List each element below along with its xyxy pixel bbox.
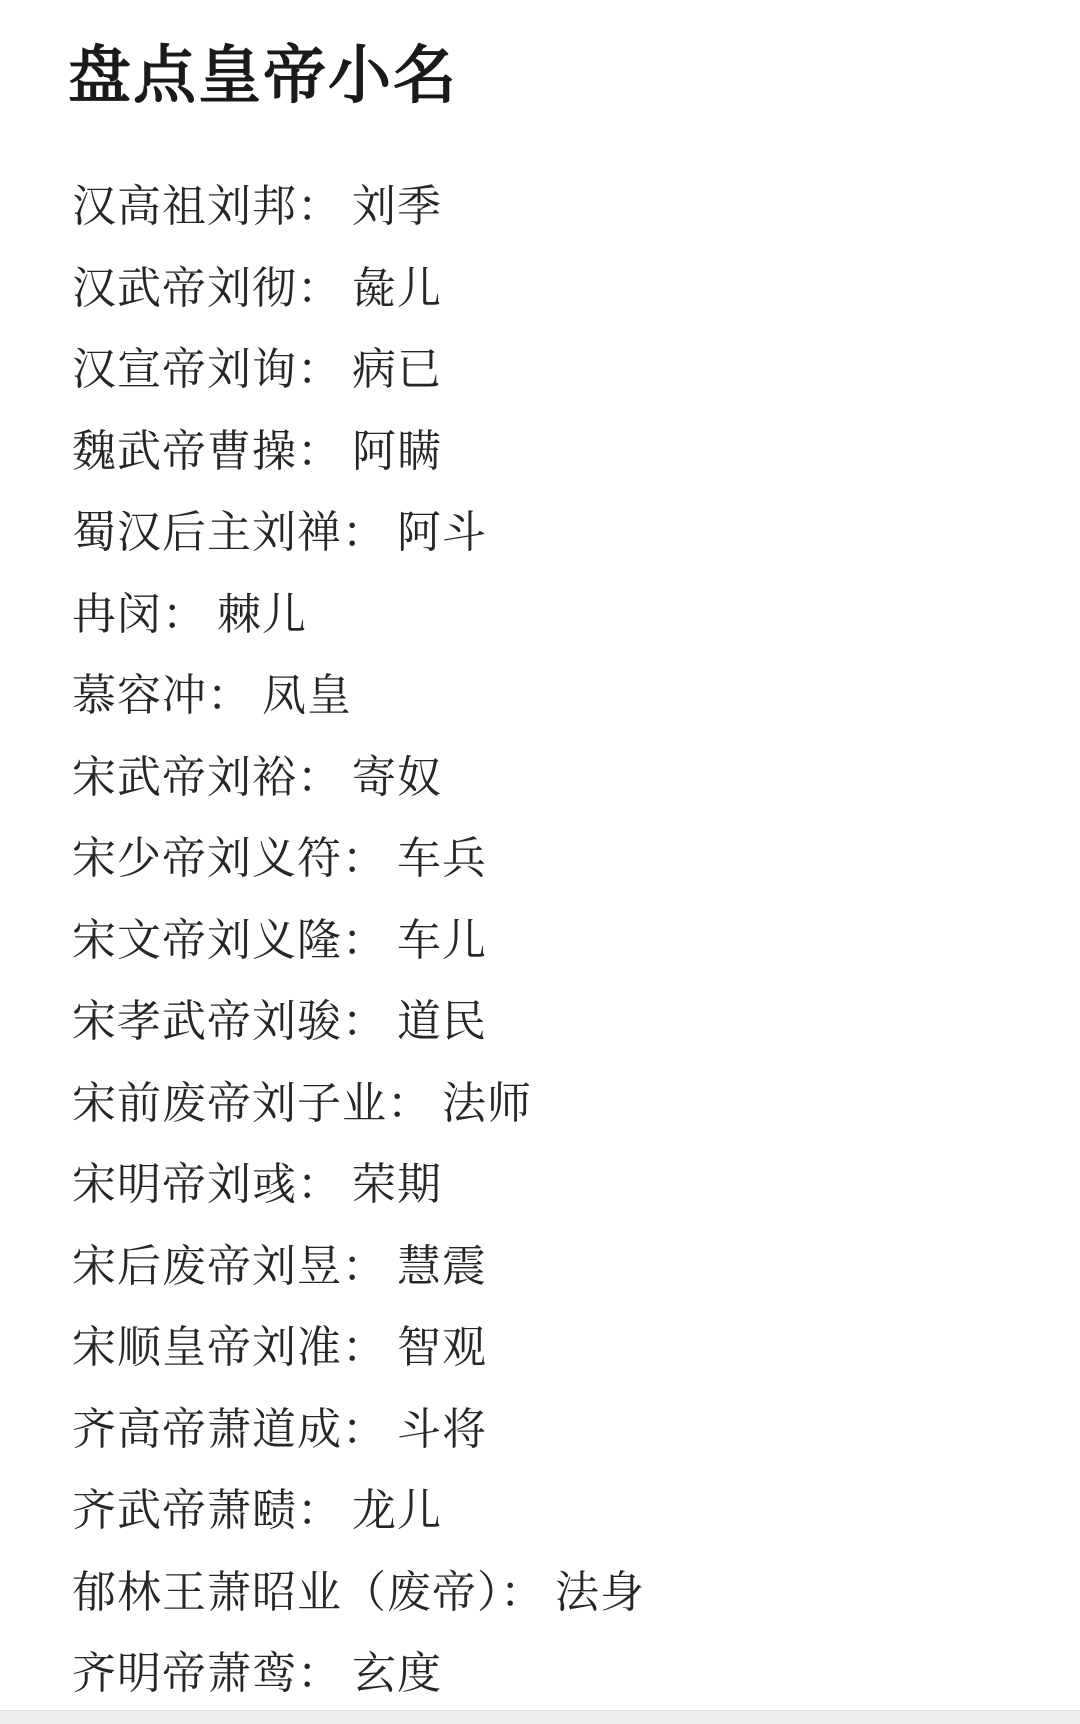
colon-separator: ： — [297, 427, 342, 476]
colon-separator: ： — [297, 182, 342, 231]
colon-separator: ： — [500, 1568, 545, 1617]
nickname: 龙儿 — [352, 1486, 442, 1535]
colon-separator: ： — [387, 1079, 432, 1128]
list-item: 宋少帝刘义符：车兵 — [72, 818, 1040, 900]
colon-separator: ： — [297, 753, 342, 802]
emperor-name: 郁林王萧昭业（废帝） — [72, 1568, 500, 1617]
emperor-name: 宋文帝刘义隆 — [72, 916, 342, 965]
article: 盘点皇帝小名 汉高祖刘邦：刘季汉武帝刘彻：彘儿汉宣帝刘询：病已魏武帝曹操：阿瞒蜀… — [0, 0, 1080, 1715]
list-item: 宋前废帝刘子业：法师 — [72, 1063, 1040, 1145]
list-item: 宋明帝刘彧：荣期 — [72, 1144, 1040, 1226]
emperor-name: 齐高帝萧道成 — [72, 1405, 342, 1454]
nickname: 车兵 — [397, 834, 487, 883]
page-title: 盘点皇帝小名 — [68, 38, 1040, 114]
nickname: 车儿 — [397, 916, 487, 965]
nickname: 智观 — [397, 1323, 487, 1372]
nickname: 法身 — [555, 1568, 645, 1617]
colon-separator: ： — [207, 671, 252, 720]
emperor-name: 齐明帝萧鸾 — [72, 1649, 297, 1698]
emperor-name: 宋武帝刘裕 — [72, 753, 297, 802]
list-item: 魏武帝曹操：阿瞒 — [72, 411, 1040, 493]
colon-separator: ： — [162, 590, 207, 639]
list-item: 冉闵：棘儿 — [72, 574, 1040, 656]
emperor-name: 宋前废帝刘子业 — [72, 1079, 387, 1128]
emperor-name: 宋后废帝刘昱 — [72, 1242, 342, 1291]
list-item: 郁林王萧昭业（废帝）：法身 — [72, 1552, 1040, 1634]
colon-separator: ： — [342, 508, 387, 557]
list-item: 汉武帝刘彻：彘儿 — [72, 248, 1040, 330]
colon-separator: ： — [342, 834, 387, 883]
nickname: 棘儿 — [217, 590, 307, 639]
emperor-name: 宋明帝刘彧 — [72, 1160, 297, 1209]
list-item: 慕容冲：凤皇 — [72, 655, 1040, 737]
emperor-list: 汉高祖刘邦：刘季汉武帝刘彻：彘儿汉宣帝刘询：病已魏武帝曹操：阿瞒蜀汉后主刘禅：阿… — [72, 166, 1040, 1715]
emperor-name: 汉宣帝刘询 — [72, 345, 297, 394]
colon-separator: ： — [342, 997, 387, 1046]
bottom-divider — [0, 1710, 1080, 1724]
nickname: 斗将 — [397, 1405, 487, 1454]
list-item: 蜀汉后主刘禅：阿斗 — [72, 492, 1040, 574]
emperor-name: 宋顺皇帝刘准 — [72, 1323, 342, 1372]
list-item: 齐明帝萧鸾：玄度 — [72, 1633, 1040, 1715]
emperor-name: 齐武帝萧赜 — [72, 1486, 297, 1535]
colon-separator: ： — [342, 1323, 387, 1372]
nickname: 阿斗 — [397, 508, 487, 557]
colon-separator: ： — [297, 1649, 342, 1698]
emperor-name: 宋少帝刘义符 — [72, 834, 342, 883]
colon-separator: ： — [297, 1486, 342, 1535]
nickname: 阿瞒 — [352, 427, 442, 476]
list-item: 宋顺皇帝刘准：智观 — [72, 1307, 1040, 1389]
nickname: 慧震 — [397, 1242, 487, 1291]
colon-separator: ： — [342, 916, 387, 965]
emperor-name: 慕容冲 — [72, 671, 207, 720]
emperor-name: 蜀汉后主刘禅 — [72, 508, 342, 557]
emperor-name: 魏武帝曹操 — [72, 427, 297, 476]
colon-separator: ： — [297, 1160, 342, 1209]
list-item: 宋武帝刘裕：寄奴 — [72, 737, 1040, 819]
list-item: 汉高祖刘邦：刘季 — [72, 166, 1040, 248]
colon-separator: ： — [297, 264, 342, 313]
list-item: 宋文帝刘义隆：车儿 — [72, 900, 1040, 982]
list-item: 齐武帝萧赜：龙儿 — [72, 1470, 1040, 1552]
emperor-name: 汉高祖刘邦 — [72, 182, 297, 231]
colon-separator: ： — [297, 345, 342, 394]
nickname: 病已 — [352, 345, 442, 394]
nickname: 寄奴 — [352, 753, 442, 802]
list-item: 齐高帝萧道成：斗将 — [72, 1389, 1040, 1471]
emperor-name: 宋孝武帝刘骏 — [72, 997, 342, 1046]
nickname: 刘季 — [352, 182, 442, 231]
colon-separator: ： — [342, 1242, 387, 1291]
nickname: 凤皇 — [262, 671, 352, 720]
nickname: 荣期 — [352, 1160, 442, 1209]
nickname: 法师 — [442, 1079, 532, 1128]
list-item: 宋后废帝刘昱：慧震 — [72, 1226, 1040, 1308]
colon-separator: ： — [342, 1405, 387, 1454]
emperor-name: 冉闵 — [72, 590, 162, 639]
list-item: 汉宣帝刘询：病已 — [72, 329, 1040, 411]
emperor-name: 汉武帝刘彻 — [72, 264, 297, 313]
list-item: 宋孝武帝刘骏：道民 — [72, 981, 1040, 1063]
nickname: 彘儿 — [352, 264, 442, 313]
nickname: 玄度 — [352, 1649, 442, 1698]
nickname: 道民 — [397, 997, 487, 1046]
